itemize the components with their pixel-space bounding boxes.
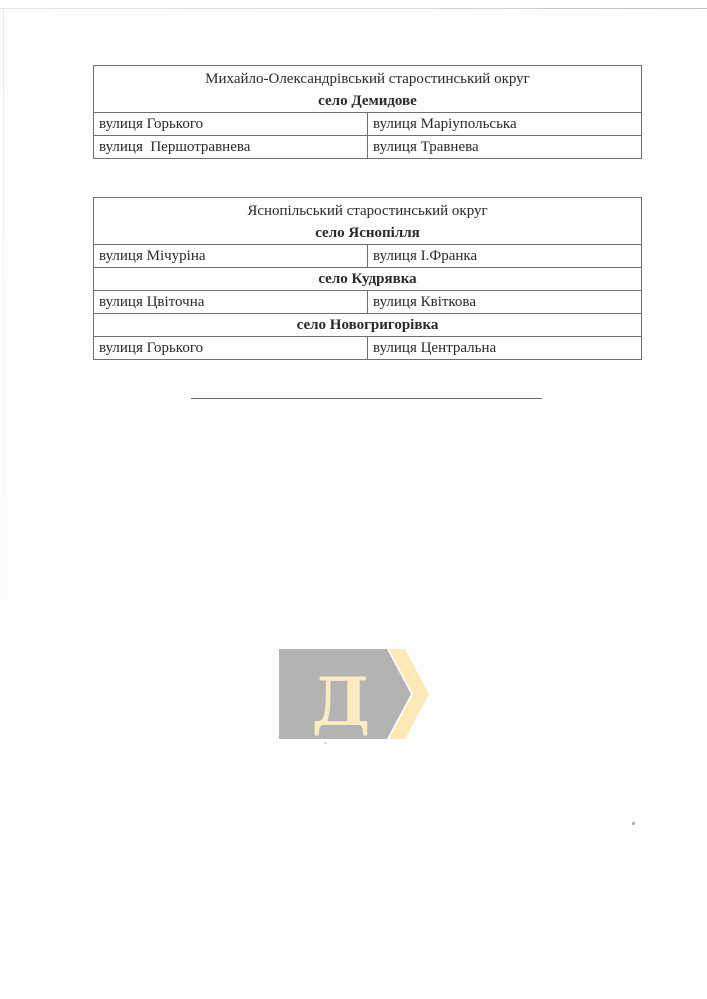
signature-line (191, 398, 542, 399)
scan-speck (324, 742, 327, 744)
village-row: село Новогригорівка (94, 314, 642, 337)
table-row: вулиця Першотравнева вулиця Травнева (94, 136, 642, 159)
district-title: Яснопільський старостинський округ (99, 200, 636, 222)
table-header-row: Михайло-Олександрівський старостинський … (94, 66, 642, 113)
watermark-logo: Д (279, 649, 429, 739)
street-cell: вулиця Горького (94, 113, 368, 136)
district-table-mykhailo-oleksandrivskyi: Михайло-Олександрівський старостинський … (93, 65, 642, 159)
watermark-letter: Д (312, 663, 371, 739)
scan-speck (632, 822, 635, 825)
village-row: село Кудрявка (94, 268, 642, 291)
village-name: село Яснопілля (99, 222, 636, 244)
district-title: Михайло-Олександрівський старостинський … (99, 68, 636, 90)
table-header-row: Яснопільський старостинський округ село … (94, 198, 642, 245)
table-row: вулиця Горького вулиця Маріупольська (94, 113, 642, 136)
street-cell: вулиця Травнева (368, 136, 642, 159)
street-cell: вулиця Горького (94, 337, 368, 360)
street-cell: вулиця І.Франка (368, 245, 642, 268)
street-cell: вулиця Цвіточна (94, 291, 368, 314)
village-name: село Демидове (99, 90, 636, 112)
table-row: вулиця Горького вулиця Центральна (94, 337, 642, 360)
watermark-graphic: Д (279, 649, 429, 739)
village-name: село Новогригорівка (94, 314, 642, 337)
street-cell: вулиця Центральна (368, 337, 642, 360)
street-cell: вулиця Першотравнева (94, 136, 368, 159)
scan-edge-top (0, 8, 707, 9)
district-table-yasnopilskyi: Яснопільський старостинський округ село … (93, 197, 642, 360)
street-cell: вулиця Квіткова (368, 291, 642, 314)
scan-edge-left (3, 9, 4, 609)
table-row: вулиця Мічуріна вулиця І.Франка (94, 245, 642, 268)
district-header: Яснопільський старостинський округ село … (94, 198, 642, 245)
table-row: вулиця Цвіточна вулиця Квіткова (94, 291, 642, 314)
street-cell: вулиця Маріупольська (368, 113, 642, 136)
village-name: село Кудрявка (94, 268, 642, 291)
district-header: Михайло-Олександрівський старостинський … (94, 66, 642, 113)
street-cell: вулиця Мічуріна (94, 245, 368, 268)
